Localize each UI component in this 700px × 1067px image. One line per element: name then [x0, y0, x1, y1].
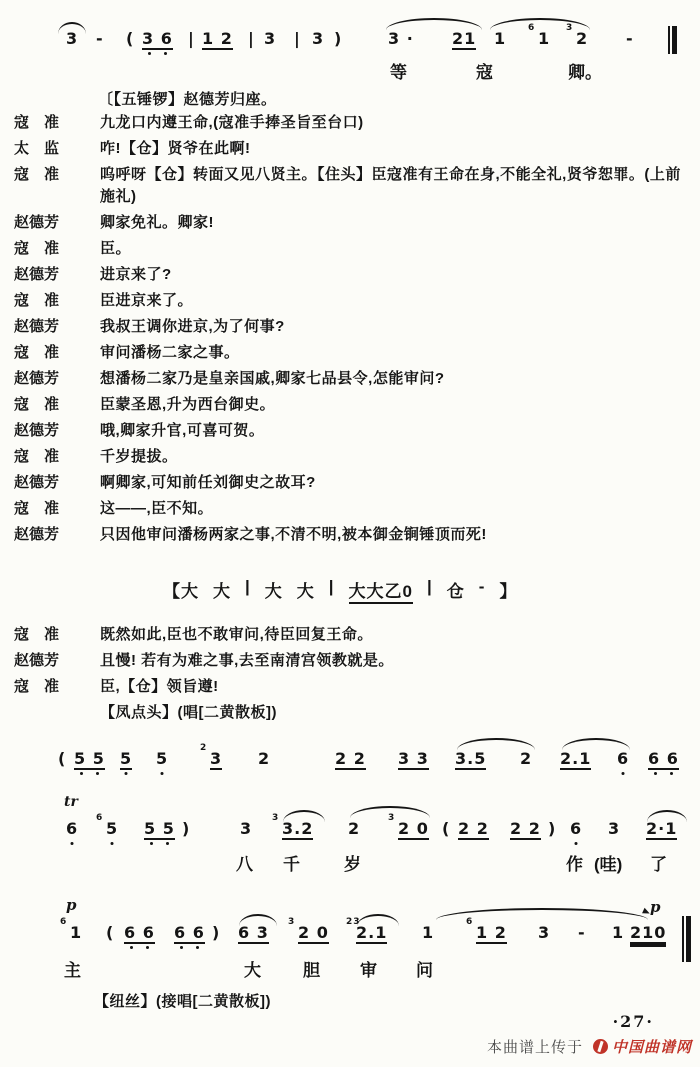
barline: | [245, 577, 251, 604]
dialogue-block: 寇 准既然如此,臣也不敢审问,待臣回复王命。 赵德芳且慢! 若有为难之事,去至南… [14, 624, 692, 728]
speaker-label: 寇 准 [14, 112, 76, 134]
dialogue-row: 寇 准既然如此,臣也不敢审问,待臣回复王命。 [14, 624, 692, 646]
percussion-token: 大 [297, 577, 315, 604]
note: ) [182, 820, 190, 838]
note: 3 · [388, 30, 414, 48]
music-line-3: p p 61 ( 6 6 6 6 ) 6 3 32 0 232.1 1 61 2… [0, 896, 700, 982]
speaker-label: 寇 准 [14, 164, 76, 208]
dialogue-row: 寇 准九龙口内遵王命,(寇准手捧圣旨至台口) [14, 112, 692, 134]
dialogue-text: 千岁提拔。 [100, 446, 692, 468]
note: 33.2 [282, 820, 313, 840]
barline: | [248, 30, 255, 48]
speaker-label: 寇 准 [14, 290, 76, 312]
note: 3.5 [455, 750, 486, 770]
note: 6 [66, 820, 78, 838]
note: 3 [264, 30, 276, 48]
dialogue-row: 赵德芳哦,卿家升官,可喜可贺。 [14, 420, 692, 442]
site-name: 中国曲谱网 [612, 1039, 692, 1056]
lyric: 大 [244, 956, 261, 981]
speaker-label: 赵德芳 [14, 316, 76, 338]
dialogue-row: 赵德芳只因他审问潘杨两家之事,不清不明,被本御金锏锤顶而死! [14, 524, 692, 546]
note: 61 2 [476, 924, 507, 944]
note: 2 [258, 750, 270, 768]
dialogue-row: 寇 准这——,臣不知。 [14, 498, 692, 520]
lyric: 千 [283, 850, 300, 875]
speaker-label: 赵德芳 [14, 264, 76, 286]
note: 5 5 [74, 750, 105, 770]
note: 61 [538, 30, 550, 48]
grace-note: 6 [96, 809, 103, 827]
grace-note: 23 [346, 913, 361, 931]
note: ( [106, 924, 114, 942]
lyric: 问 [416, 956, 433, 981]
speaker-label: 寇 准 [14, 394, 76, 416]
dialogue-text: 臣蒙圣恩,升为西台御史。 [100, 394, 692, 416]
note: 5 [120, 750, 132, 770]
notation-label-line: 【纽丝】(接唱[二黄散板]) [94, 990, 271, 1011]
note: - [626, 30, 634, 48]
grace-note: 6 [60, 913, 67, 931]
site-logo-icon [593, 1039, 608, 1054]
speaker-label [14, 702, 76, 724]
note: ) [212, 924, 220, 942]
note: 5 5 [144, 820, 175, 840]
speaker-label: 寇 准 [14, 676, 76, 698]
footer: 本曲谱上传于中国曲谱网 [0, 1036, 692, 1057]
note: 32 0 [298, 924, 329, 944]
grace-note: 3 [288, 913, 295, 931]
speaker-label: 太 监 [14, 138, 76, 160]
dialogue-row: 寇 准审问潘杨二家之事。 [14, 342, 692, 364]
page-number: ·27· [613, 1012, 654, 1031]
dialogue-row: 寇 准臣进京来了。 [14, 290, 692, 312]
dialogue-row: 赵德芳卿家免礼。卿家! [14, 212, 692, 234]
note: 6 3 [238, 924, 269, 944]
speaker-label: 寇 准 [14, 342, 76, 364]
note: 3 [312, 30, 324, 48]
stage-direction: 〔【五锤锣】赵德芳归座。 [98, 88, 277, 109]
lyric: 胆 [303, 956, 320, 981]
dialogue-row: 寇 准千岁提拔。 [14, 446, 692, 468]
note: 5 [156, 750, 168, 768]
note: 2 [348, 820, 360, 838]
note: 6 6 [648, 750, 679, 770]
grace-note: 2 [200, 739, 207, 757]
note: ( [442, 820, 450, 838]
dialogue-text: 进京来了? [100, 264, 692, 286]
barline: | [329, 577, 335, 604]
note: 210 [630, 924, 666, 944]
speaker-label: 赵德芳 [14, 368, 76, 390]
dialogue-row: 寇 准臣蒙圣恩,升为西台御史。 [14, 394, 692, 416]
final-barline [668, 26, 677, 54]
percussion-token: 【大 [163, 577, 199, 604]
dialogue-row: 赵德芳啊卿家,可知前任刘御史之故耳? [14, 472, 692, 494]
dialogue-row: 太 监咋!【仓】贤爷在此啊! [14, 138, 692, 160]
note: 61 [70, 924, 82, 942]
note: 1 2 [202, 30, 233, 50]
note: 3 [608, 820, 620, 838]
note: 1 [612, 924, 624, 942]
note: 2.1 [560, 750, 591, 770]
note: 3 6 [142, 30, 173, 50]
note: 3 [66, 30, 78, 48]
note: 2 2 [335, 750, 366, 770]
music-line-top: 3 - ( 3 6 | 1 2 | 3 | 3 ) 3 · 21 1 61 32… [0, 16, 700, 90]
note: 232.1 [356, 924, 387, 944]
barline: | [188, 30, 195, 48]
note: 3 [240, 820, 252, 838]
grace-note: 6 [528, 19, 535, 37]
note: 21 [452, 30, 476, 50]
note: ) [334, 30, 342, 48]
speaker-label: 寇 准 [14, 624, 76, 646]
note: 3 [538, 924, 550, 942]
note: 32 0 [398, 820, 429, 840]
lyric: 主 [64, 956, 81, 981]
note: - [578, 924, 586, 942]
notation-label: 【凤点头】(唱[二黄散板]) [100, 702, 692, 724]
note: 1 [422, 924, 434, 942]
speaker-label: 赵德芳 [14, 472, 76, 494]
dialogue-row: 寇 准臣,【仓】领旨遵! [14, 676, 692, 698]
note: 32 [576, 30, 588, 48]
note: - [96, 30, 104, 48]
upload-credit-text: 本曲谱上传于 [487, 1039, 583, 1056]
speaker-label: 赵德芳 [14, 420, 76, 442]
score-page: 3 - ( 3 6 | 1 2 | 3 | 3 ) 3 · 21 1 61 32… [0, 0, 700, 1067]
dialogue-row: 赵德芳我叔王调你进京,为了何事? [14, 316, 692, 338]
lyric: 作 [566, 850, 583, 875]
note: 2 2 [510, 820, 541, 840]
note: 2·1 [646, 820, 677, 840]
note: ) [548, 820, 556, 838]
percussion-token: 大大乙0 [349, 577, 413, 604]
lyric: 八 [236, 850, 253, 875]
dialogue-text: 哦,卿家升官,可喜可贺。 [100, 420, 692, 442]
percussion-token: 仓 [447, 577, 465, 604]
note: ( [126, 30, 134, 48]
speaker-label: 寇 准 [14, 498, 76, 520]
lyric: 等 [390, 58, 407, 83]
dialogue-text: 既然如此,臣也不敢审问,待臣回复王命。 [100, 624, 692, 646]
dialogue-row: 寇 准呜呼呀【仓】转面又见八贤主。【住头】臣寇准有王命在身,不能全礼,贤爷恕罪。… [14, 164, 692, 208]
lyric: (哇) [594, 850, 622, 875]
note: 23 [210, 750, 222, 770]
lyric: 岁 [344, 850, 361, 875]
percussion-token: - [479, 577, 486, 604]
dialogue-text: 啊卿家,可知前任刘御史之故耳? [100, 472, 692, 494]
dialogue-block: 寇 准九龙口内遵王命,(寇准手捧圣旨至台口) 太 监咋!【仓】贤爷在此啊! 寇 … [14, 112, 692, 550]
dialogue-text: 审问潘杨二家之事。 [100, 342, 692, 364]
dialogue-text: 九龙口内遵王命,(寇准手捧圣旨至台口) [100, 112, 692, 134]
dialogue-row: 赵德芳进京来了? [14, 264, 692, 286]
music-line-1: ( 5 5 5 5 23 2 2 2 3 3 3.5 2 2.1 6 6 6 [0, 736, 700, 780]
note: 2 [520, 750, 532, 768]
dialogue-text: 想潘杨二家乃是皇亲国戚,卿家七品县令,怎能审问? [100, 368, 692, 390]
dialogue-text: 臣。 [100, 238, 692, 260]
speaker-label: 赵德芳 [14, 212, 76, 234]
final-barline [682, 916, 691, 962]
dialogue-text: 咋!【仓】贤爷在此啊! [100, 138, 692, 160]
dialogue-text: 只因他审问潘杨两家之事,不清不明,被本御金锏锤顶而死! [100, 524, 692, 546]
dynamic-mark: p [66, 896, 77, 914]
note: 2 2 [458, 820, 489, 840]
dialogue-row: 寇 准臣。 [14, 238, 692, 260]
music-line-2: tr 6 65 5 5 ) 3 33.2 2 32 0 ( 2 2 2 2 ) … [0, 794, 700, 874]
grace-note: 3 [566, 19, 573, 37]
lyric: 寇 [476, 58, 493, 83]
percussion-line: 【大 大 | 大 大 | 大大乙0 | 仓 - 】 [163, 577, 517, 604]
dialogue-text: 臣,【仓】领旨遵! [100, 676, 692, 698]
dialogue-text: 且慢! 若有为难之事,去至南清宫领教就是。 [100, 650, 692, 672]
grace-note: 6 [466, 913, 473, 931]
note: 6 6 [174, 924, 205, 944]
grace-note: 3 [388, 809, 395, 827]
dialogue-text: 我叔王调你进京,为了何事? [100, 316, 692, 338]
note: 65 [106, 820, 118, 838]
note: 1 [494, 30, 506, 48]
percussion-token: 大 [265, 577, 283, 604]
barline: | [294, 30, 301, 48]
grace-note: 3 [272, 809, 279, 827]
dialogue-text: 这——,臣不知。 [100, 498, 692, 520]
percussion-token: 大 [213, 577, 231, 604]
dialogue-text: 臣进京来了。 [100, 290, 692, 312]
note: 6 [617, 750, 629, 768]
dynamic-mark: p [650, 898, 661, 916]
trill-mark: tr [64, 794, 78, 810]
dialogue-row: 赵德芳想潘杨二家乃是皇亲国戚,卿家七品县令,怎能审问? [14, 368, 692, 390]
speaker-label: 赵德芳 [14, 650, 76, 672]
lyric: 卿。 [568, 58, 602, 83]
speaker-label: 寇 准 [14, 238, 76, 260]
dialogue-text: 呜呼呀【仓】转面又见八贤主。【住头】臣寇准有王命在身,不能全礼,贤爷恕罪。(上前… [100, 164, 692, 208]
percussion-token: 】 [499, 577, 517, 604]
note: 6 [570, 820, 582, 838]
speaker-label: 寇 准 [14, 446, 76, 468]
speaker-label: 赵德芳 [14, 524, 76, 546]
note: 3 3 [398, 750, 429, 770]
lyric: 了 [650, 850, 667, 875]
notation-label-line: 【凤点头】(唱[二黄散板]) [14, 702, 692, 724]
dialogue-row: 赵德芳且慢! 若有为难之事,去至南清宫领教就是。 [14, 650, 692, 672]
note: 6 6 [124, 924, 155, 944]
dialogue-text: 卿家免礼。卿家! [100, 212, 692, 234]
barline: | [427, 577, 433, 604]
lyric: 审 [360, 956, 377, 981]
note: ( [58, 750, 66, 768]
